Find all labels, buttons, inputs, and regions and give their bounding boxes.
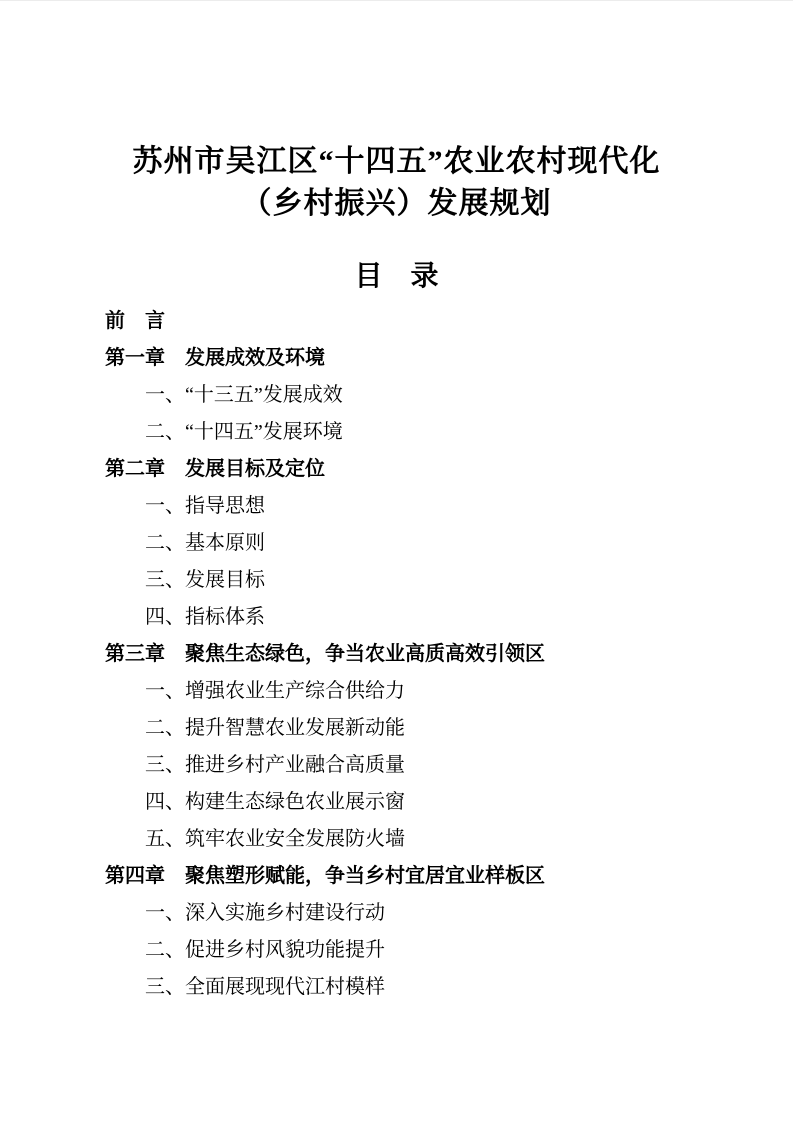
toc-item-section-2-3: 三、发展目标 (0, 562, 793, 599)
toc-item-section-2-1: 一、指导思想 (0, 488, 793, 525)
toc-item-chapter-2: 第二章 发展目标及定位 (0, 451, 793, 488)
toc-item-preface: 前 言 (0, 303, 793, 340)
toc-item-section-2-4: 四、指标体系 (0, 599, 793, 636)
toc-heading: 目 录 (0, 257, 793, 296)
toc-item-section-3-3: 三、推进乡村产业融合高质量 (0, 747, 793, 784)
document-title: 苏州市吴江区“十四五”农业农村现代化 （乡村振兴）发展规划 (0, 1, 793, 225)
toc-item-section-3-5: 五、筑牢农业安全发展防火墙 (0, 821, 793, 858)
toc-item-section-1-2: 二、“十四五”发展环境 (0, 414, 793, 451)
toc-item-section-4-2: 二、促进乡村风貌功能提升 (0, 932, 793, 969)
toc-item-section-3-1: 一、增强农业生产综合供给力 (0, 673, 793, 710)
toc-item-chapter-3: 第三章 聚焦生态绿色，争当农业高质高效引领区 (0, 636, 793, 673)
toc-item-chapter-4: 第四章 聚焦塑形赋能，争当乡村宜居宜业样板区 (0, 858, 793, 895)
document-title-line-2: （乡村振兴）发展规划 (0, 183, 793, 225)
document-title-line-1: 苏州市吴江区“十四五”农业农村现代化 (0, 141, 793, 183)
toc-item-section-4-3: 三、全面展现现代江村模样 (0, 969, 793, 1006)
toc-item-section-3-2: 二、提升智慧农业发展新动能 (0, 710, 793, 747)
toc-item-section-1-1: 一、“十三五”发展成效 (0, 377, 793, 414)
toc-item-chapter-1: 第一章 发展成效及环境 (0, 340, 793, 377)
toc-item-section-4-1: 一、深入实施乡村建设行动 (0, 895, 793, 932)
table-of-contents: 前 言 第一章 发展成效及环境 一、“十三五”发展成效 二、“十四五”发展环境 … (0, 303, 793, 1006)
document-page: 苏州市吴江区“十四五”农业农村现代化 （乡村振兴）发展规划 目 录 前 言 第一… (0, 0, 793, 1122)
toc-item-section-2-2: 二、基本原则 (0, 525, 793, 562)
toc-item-section-3-4: 四、构建生态绿色农业展示窗 (0, 784, 793, 821)
